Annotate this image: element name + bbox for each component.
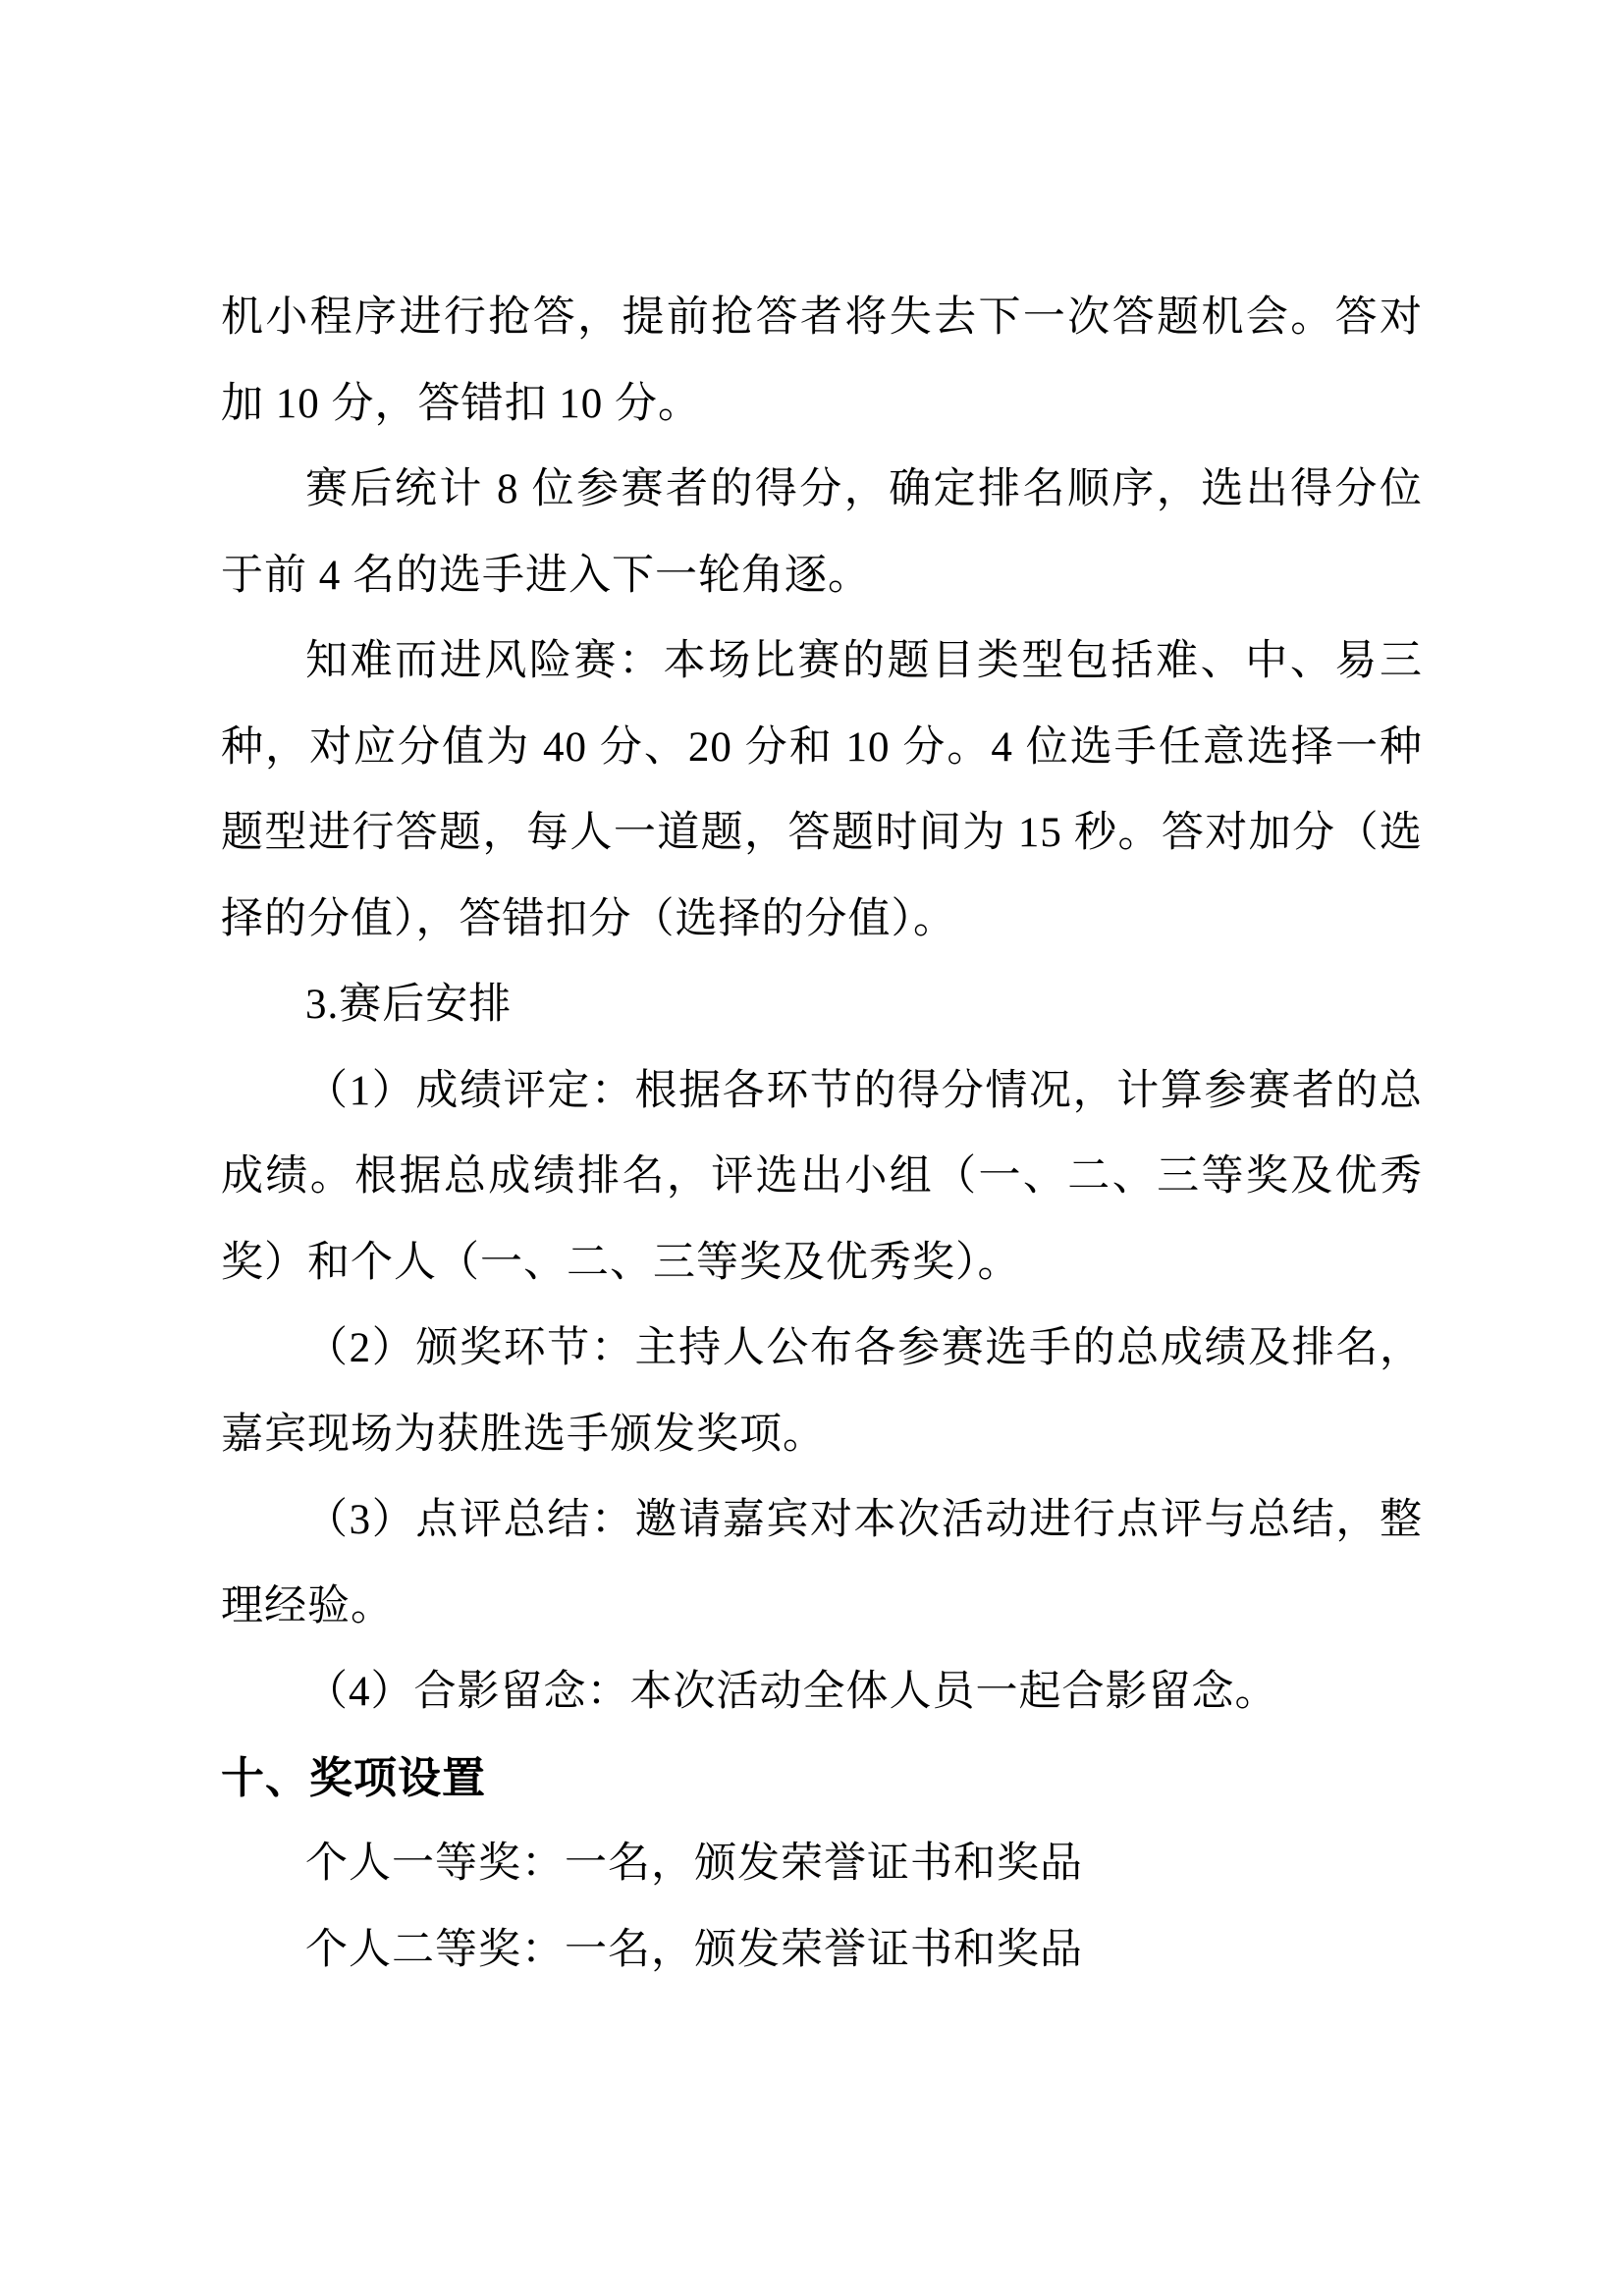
paragraph-post-match-title: 3.赛后安排	[221, 962, 1423, 1048]
paragraph-score-evaluation: （1）成绩评定：根据各环节的得分情况，计算参赛者的总成绩。根据总成绩排名，评选出…	[221, 1048, 1423, 1307]
paragraph-risk-round: 知难而进风险赛：本场比赛的题目类型包括难、中、易三种，对应分值为 40 分、20…	[221, 618, 1423, 962]
paragraph-continuation: 机小程序进行抢答，提前抢答者将失去下一次答题机会。答对加 10 分，答错扣 10…	[221, 275, 1423, 447]
paragraph-award-ceremony: （2）颁奖环节：主持人公布各参赛选手的总成绩及排名，嘉宾现场为获胜选手颁发奖项。	[221, 1306, 1423, 1477]
paragraph-group-photo: （4）合影留念：本次活动全体人员一起合影留念。	[221, 1649, 1423, 1735]
paragraph-first-prize: 个人一等奖：一名，颁发荣誉证书和奖品	[221, 1821, 1423, 1907]
document-body: 机小程序进行抢答，提前抢答者将失去下一次答题机会。答对加 10 分，答错扣 10…	[221, 275, 1423, 1993]
section-heading-awards: 十、奖项设置	[221, 1735, 1423, 1822]
paragraph-second-prize: 个人二等奖：一名，颁发荣誉证书和奖品	[221, 1907, 1423, 1994]
document-page: 机小程序进行抢答，提前抢答者将失去下一次答题机会。答对加 10 分，答错扣 10…	[0, 0, 1624, 2296]
paragraph-round-scoring: 赛后统计 8 位参赛者的得分，确定排名顺序，选出得分位于前 4 名的选手进入下一…	[221, 447, 1423, 618]
paragraph-comment-summary: （3）点评总结：邀请嘉宾对本次活动进行点评与总结，整理经验。	[221, 1477, 1423, 1649]
